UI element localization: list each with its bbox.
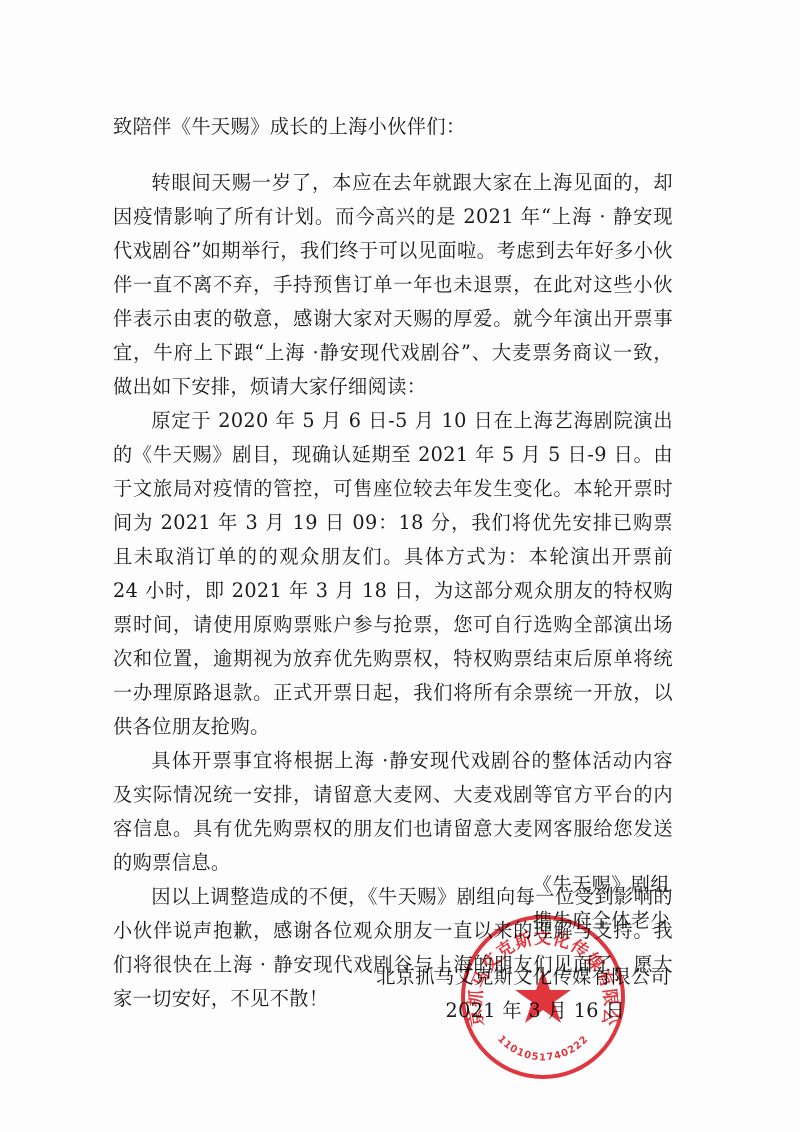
svg-text:1101051740222: 1101051740222 [495, 1034, 591, 1064]
salutation: 致陪伴《牛天赐》成长的上海小伙伴们： [113, 112, 466, 142]
paragraph-ticket-info: 具体开票事宜将根据上海 ·静安现代戏剧谷的整体活动内容及实际情况统一安排，请留意… [113, 744, 673, 880]
paragraph-schedule: 原定于 2020 年 5 月 6 日-5 月 10 日在上海艺海剧院演出的《牛天… [113, 404, 673, 744]
signature-date: 2021 年 3 月 16 日 [445, 996, 625, 1026]
paragraph-intro: 转眼间天赐一岁了，本应在去年就跟大家在上海见面的，却因疫情影响了所有计划。而今高… [113, 166, 673, 404]
letter-page: 致陪伴《牛天赐》成长的上海小伙伴们： 转眼间天赐一岁了，本应在去年就跟大家在上海… [0, 0, 800, 1132]
signature-troupe: 《牛天赐》剧组 [533, 870, 670, 900]
signature-household: 携牛府全体老少 [533, 906, 670, 936]
signature-company: 北京抓马艾克斯文化传媒有限公司 [376, 962, 670, 992]
